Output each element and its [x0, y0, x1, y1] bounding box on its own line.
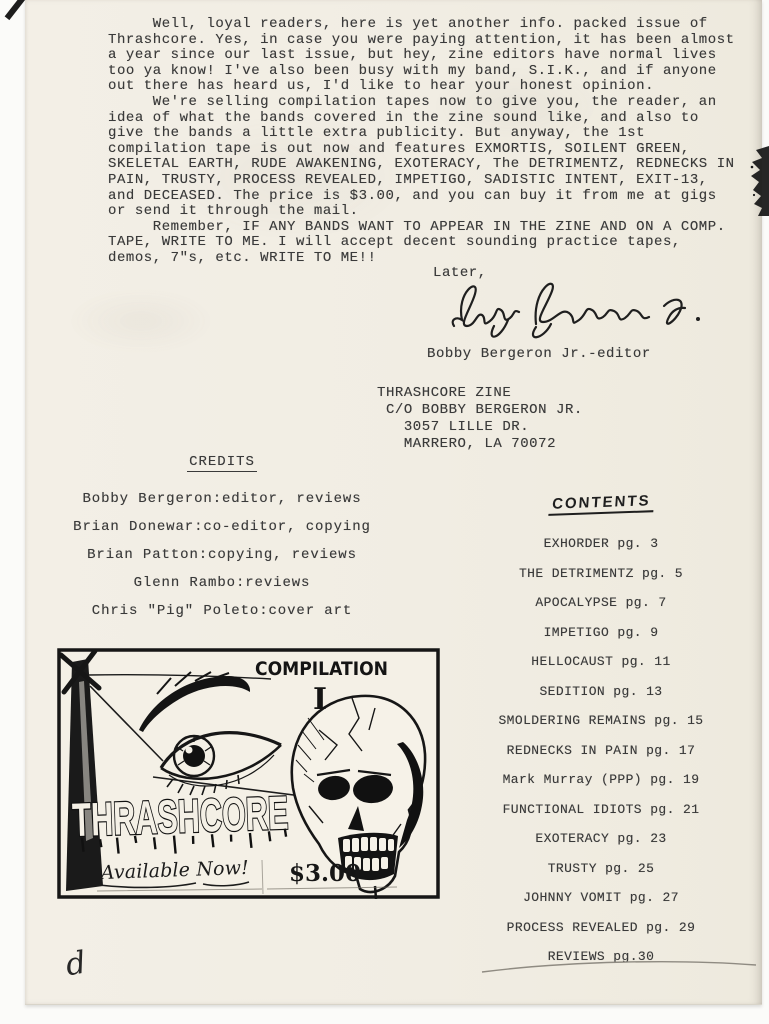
contents-entry: JOHNNY VOMIT pg. 27: [470, 883, 732, 913]
contents-entry: SMOLDERING REMAINS pg. 15: [470, 706, 732, 736]
price-label: $3.00: [289, 860, 361, 887]
credit-line: Bobby Bergeron:editor, reviews: [42, 485, 402, 513]
signature-handwriting: [448, 274, 706, 344]
contents-entry: HELLOCAUST pg. 11: [470, 647, 732, 677]
credits-list: Bobby Bergeron:editor, reviewsBrian Done…: [42, 485, 402, 625]
contents-entry: PROCESS REVEALED pg. 29: [470, 913, 732, 943]
contents-entry: Mark Murray (PPP) pg. 19: [470, 765, 732, 795]
credit-line: Chris "Pig" Poleto:cover art: [42, 597, 402, 625]
contents-entry: EXOTERACY pg. 23: [470, 824, 732, 854]
credits-heading: CREDITS: [187, 454, 257, 472]
contents-entry: THE DETRIMENTZ pg. 5: [470, 559, 732, 589]
contents-entry: TRUSTY pg. 25: [470, 854, 732, 884]
ink-blob: [749, 146, 769, 216]
zine-address: THRASHCORE ZINE C/O BOBBY BERGERON JR. 3…: [377, 385, 583, 453]
editor-letter: Well, loyal readers, here is yet another…: [108, 17, 735, 267]
contents-entry: APOCALYPSE pg. 7: [470, 588, 732, 618]
contents-entry: FUNCTIONAL IDIOTS pg. 21: [470, 795, 732, 825]
contents-entry: SEDITION pg. 13: [470, 677, 732, 707]
compilation-label: COMPILATION: [255, 658, 388, 680]
contents-list: EXHORDER pg. 3THE DETRIMENTZ pg. 5APOCAL…: [470, 529, 732, 972]
contents-heading: CONTENTS: [548, 492, 654, 516]
credits-section: CREDITS Bobby Bergeron:editor, reviewsBr…: [42, 452, 402, 625]
compilation-advert: COMPILATION I THRASHCORE Available Now! …: [57, 648, 440, 899]
zine-page: Well, loyal readers, here is yet another…: [0, 0, 769, 1024]
credit-line: Glenn Rambo:reviews: [42, 569, 402, 597]
credit-line: Brian Patton:copying, reviews: [42, 541, 402, 569]
contents-entry: IMPETIGO pg. 9: [470, 618, 732, 648]
svg-text:THRASHCORE: THRASHCORE: [71, 786, 289, 847]
contents-section: CONTENTS EXHORDER pg. 3THE DETRIMENTZ pg…: [470, 494, 732, 972]
pencil-underline: [478, 956, 762, 978]
contents-entry: REDNECKS IN PAIN pg. 17: [470, 736, 732, 766]
editor-byline: Bobby Bergeron Jr.-editor: [427, 346, 651, 362]
corner-ink-mark: [5, 0, 26, 20]
credit-line: Brian Donewar:co-editor, copying: [42, 513, 402, 541]
contents-entry: EXHORDER pg. 3: [470, 529, 732, 559]
compilation-numeral: I: [313, 682, 327, 717]
